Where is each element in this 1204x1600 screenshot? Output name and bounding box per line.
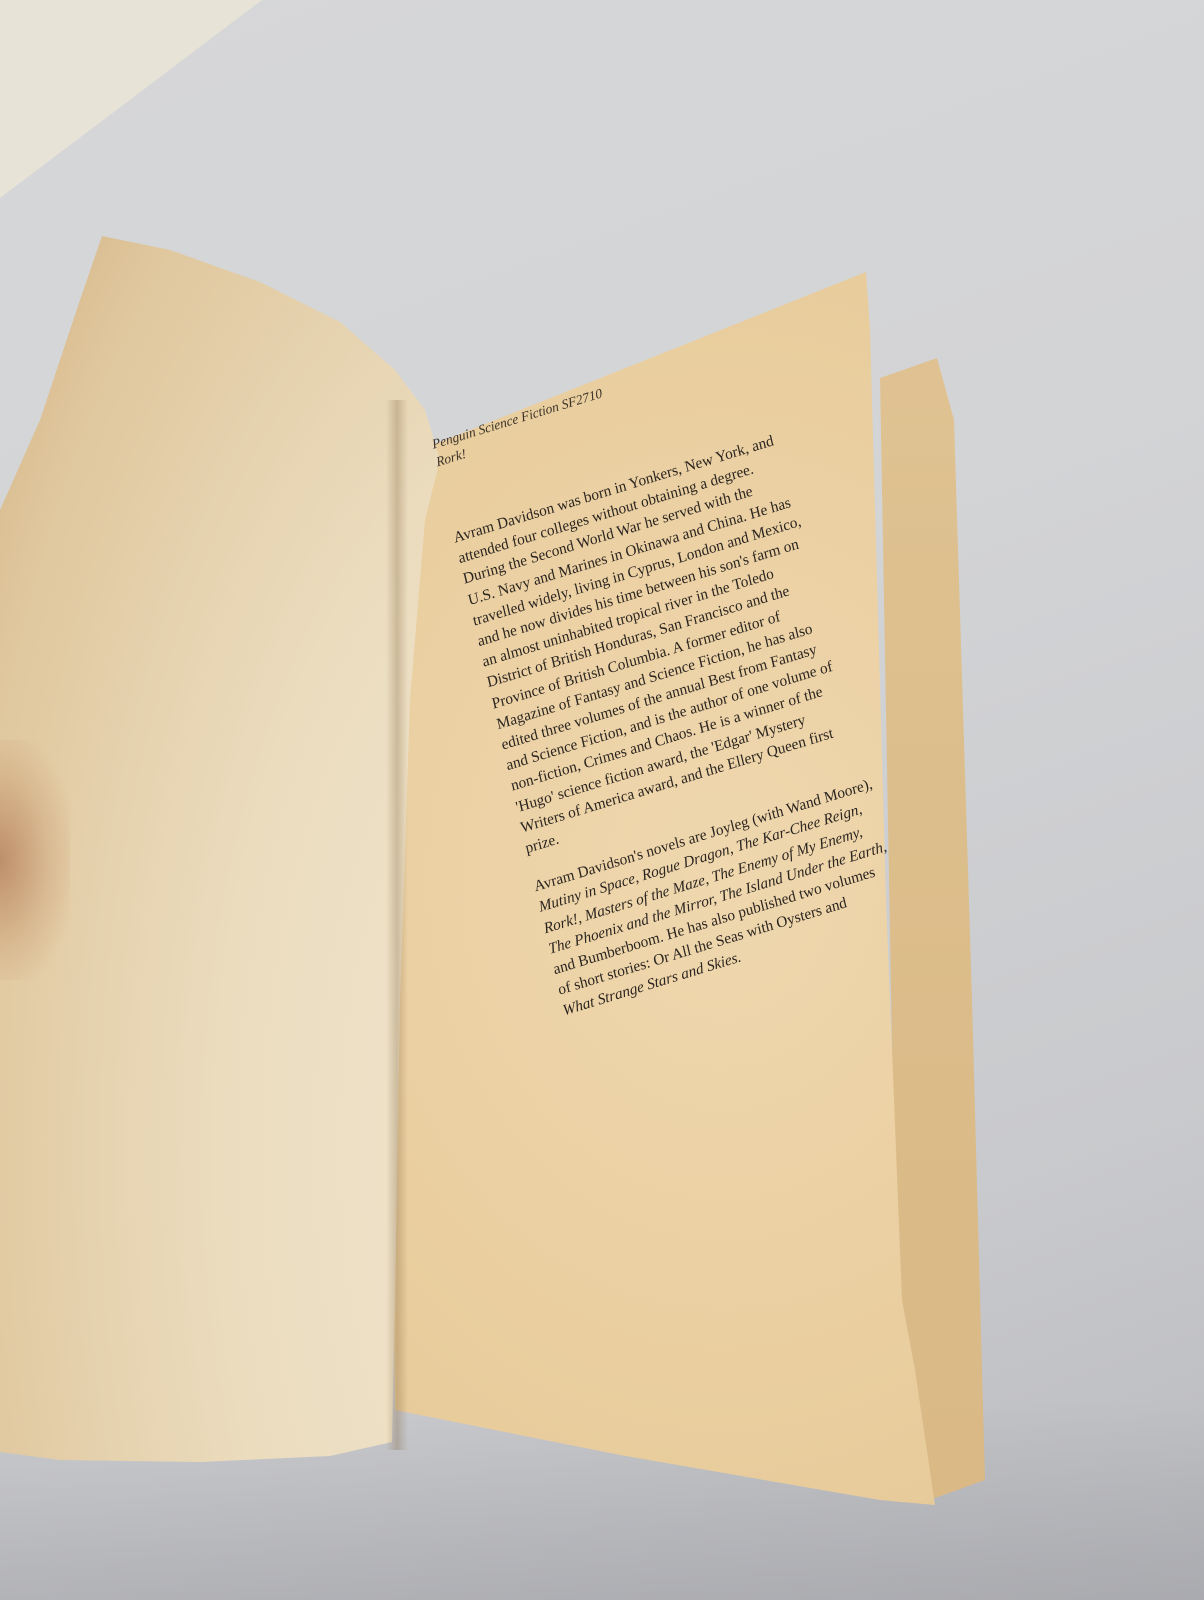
page-stain <box>0 740 70 980</box>
book-spine-gutter <box>386 400 408 1450</box>
